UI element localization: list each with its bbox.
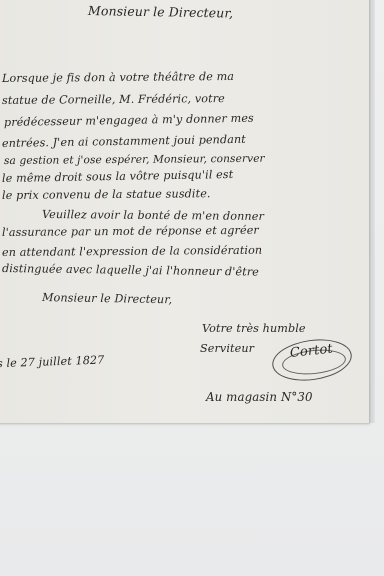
body-line-9: l'assurance par un mot de réponse et agr…	[2, 224, 259, 239]
closing-line-1: Votre très humble	[202, 322, 306, 335]
body-line-1: Lorsque je fis don à votre théâtre de ma	[2, 70, 234, 85]
body-line-10: en attendant l'expression de la considér…	[2, 244, 262, 259]
body-line-5: sa gestion et j'ose espérer, Monsieur, c…	[4, 153, 265, 167]
body-line-8: Veuillez avoir la bonté de m'en donner	[42, 208, 264, 223]
paper-edge-shadow	[369, 0, 375, 423]
closing-line-2: Serviteur	[200, 342, 254, 355]
address-line: Au magasin N°30	[206, 390, 313, 404]
body-line-7: le prix convenu de la statue susdite.	[2, 187, 211, 202]
closing-salutation: Monsieur le Directeur,	[42, 291, 172, 306]
salutation: Monsieur le Directeur,	[88, 3, 233, 21]
body-line-2: statue de Corneille, M. Frédéric, votre	[2, 92, 225, 107]
